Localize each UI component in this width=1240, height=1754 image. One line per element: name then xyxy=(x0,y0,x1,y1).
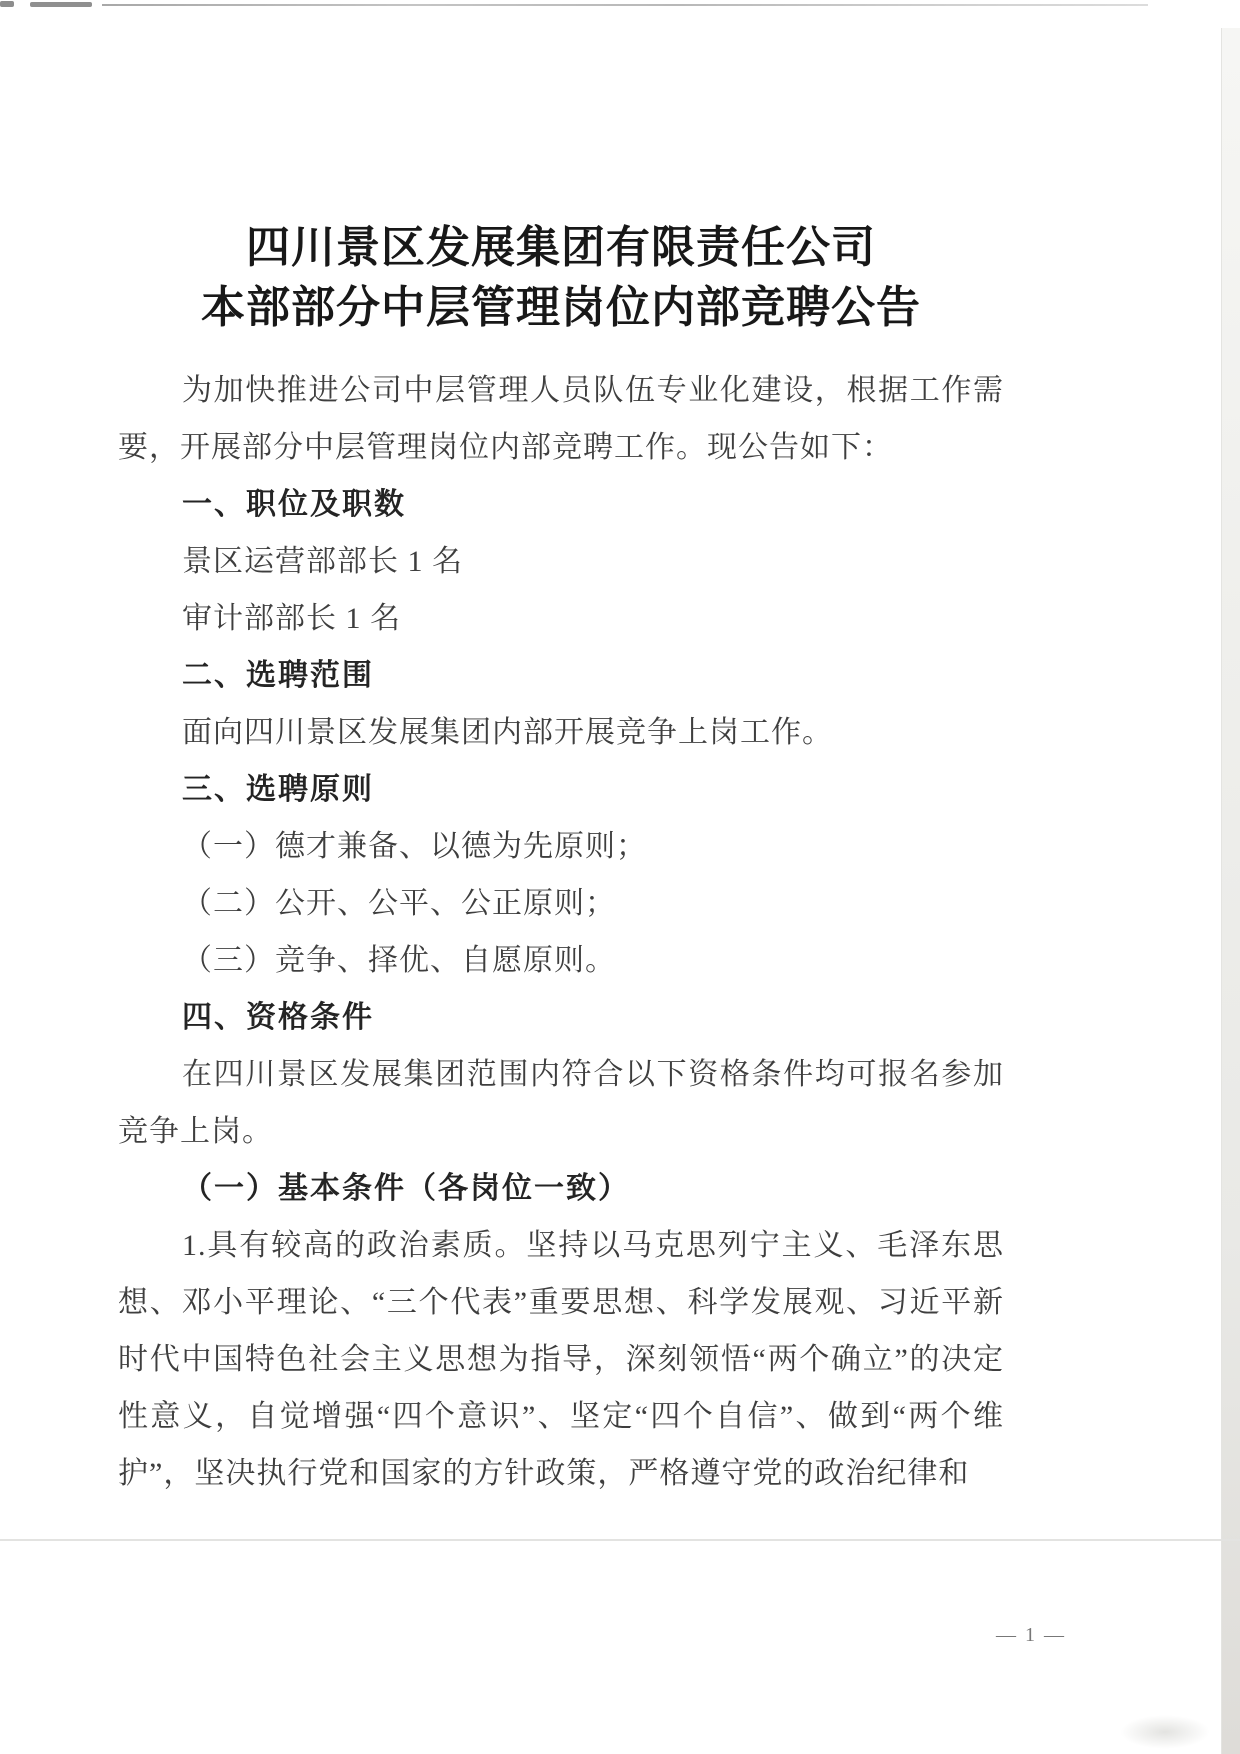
document-title: 四川景区发展集团有限责任公司 本部部分中层管理岗位内部竞聘公告 xyxy=(118,218,1004,338)
scanned-document-page: 四川景区发展集团有限责任公司 本部部分中层管理岗位内部竞聘公告 为加快推进公司中… xyxy=(0,0,1240,1754)
text-line: 面向四川景区发展集团内部开展竞争上岗工作。 xyxy=(118,704,1004,761)
text-line: 景区运营部部长 1 名 xyxy=(118,533,1004,590)
scan-artifact-corner-blotch xyxy=(1120,1715,1210,1749)
section-heading: 二、选聘范围 xyxy=(118,647,1004,704)
sub-section-heading: （一）基本条件（各岗位一致） xyxy=(118,1160,1004,1217)
text-line: （三）竞争、择优、自愿原则。 xyxy=(118,932,1004,989)
text-line: （二）公开、公平、公正原则； xyxy=(118,875,1004,932)
document-paragraph: 1.具有较高的政治素质。坚持以马克思列宁主义、毛泽东思想、邓小平理论、“三个代表… xyxy=(118,1217,1004,1502)
text-line: （一）德才兼备、以德为先原则； xyxy=(118,818,1004,875)
document-paragraph: 为加快推进公司中层管理人员队伍专业化建设，根据工作需要，开展部分中层管理岗位内部… xyxy=(118,362,1004,476)
section-heading: 四、资格条件 xyxy=(118,989,1004,1046)
document-paragraph: 在四川景区发展集团范围内符合以下资格条件均可报名参加竞争上岗。 xyxy=(118,1046,1004,1160)
scan-artifact-fold-line xyxy=(0,1539,1240,1541)
document-body: 四川景区发展集团有限责任公司 本部部分中层管理岗位内部竞聘公告 为加快推进公司中… xyxy=(118,218,1004,1502)
text-line: 审计部部长 1 名 xyxy=(118,590,1004,647)
scan-artifact-top-edge xyxy=(102,4,1148,6)
scan-artifact-right-edge xyxy=(1221,28,1240,1754)
document-title-line-2: 本部部分中层管理岗位内部竞聘公告 xyxy=(118,278,1004,338)
document-content: 为加快推进公司中层管理人员队伍专业化建设，根据工作需要，开展部分中层管理岗位内部… xyxy=(118,362,1004,1502)
scan-artifact-top-edge xyxy=(30,2,92,7)
section-heading: 三、选聘原则 xyxy=(118,761,1004,818)
section-heading: 一、职位及职数 xyxy=(118,476,1004,533)
document-title-line-1: 四川景区发展集团有限责任公司 xyxy=(118,218,1004,278)
page-number: — 1 — xyxy=(986,1624,1076,1647)
scan-artifact-top-edge xyxy=(0,1,14,7)
